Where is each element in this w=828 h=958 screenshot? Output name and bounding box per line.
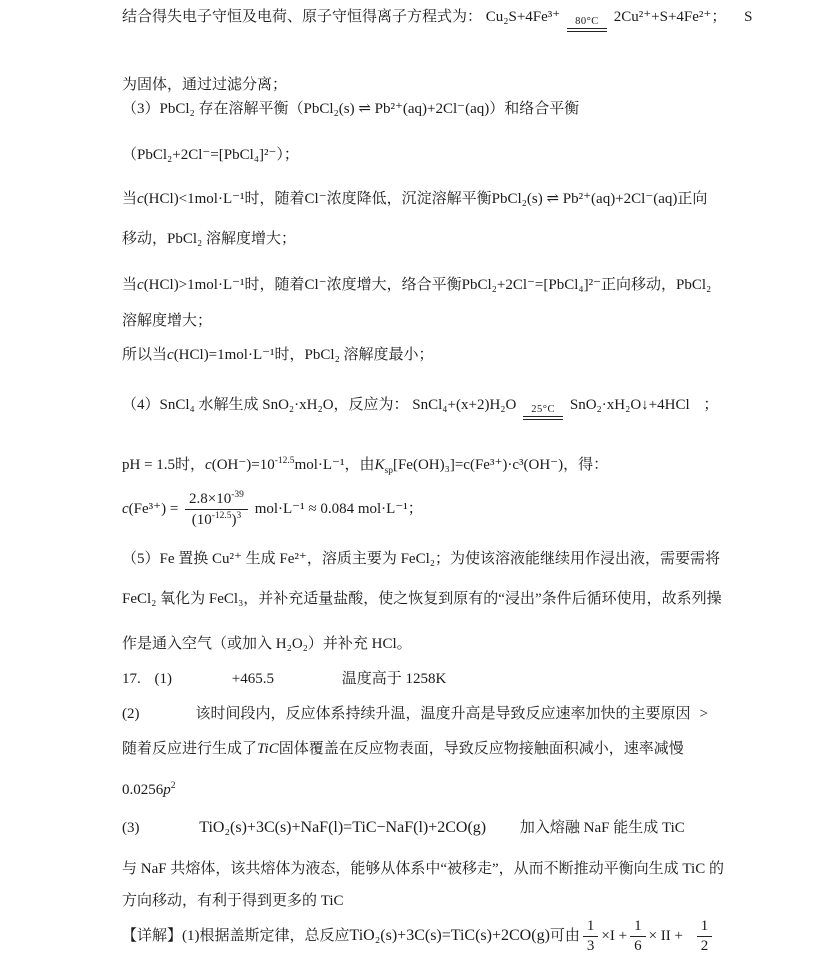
line-hcl-high-concentration: 当c(HCl)>1mol·L⁻¹时，随着Cl⁻浓度增大，络合平衡PbCl₂+2C… <box>122 276 714 296</box>
math-variable: c <box>137 277 144 293</box>
fraction-denominator: (10-12.5)3 <box>188 510 246 529</box>
condition-label: 80°C <box>575 16 599 28</box>
answer-value: 温度高于 1258K <box>342 671 447 687</box>
part-number: (3) <box>122 820 140 836</box>
text-segment: 固体覆盖在反应物表面，导致反应物接触面积减小，速率减慢 <box>279 741 684 757</box>
condition-equals: 80°C <box>567 16 607 32</box>
fraction: 2.8×10-39(10-12.5)3 <box>185 490 248 530</box>
text-segment: 溶解度增大； <box>122 313 212 329</box>
formula-segment: [Fe(OH)₃]=c(Fe³⁺)·c³(OH⁻)，得： <box>393 457 608 473</box>
double-equals-line <box>523 416 563 420</box>
line-rate-expression: 0.0256p2 <box>122 780 714 801</box>
fraction-numerator: 1 <box>630 918 646 937</box>
formula-segment: TiO₂(s)+3C(s)=TiC(s)+2CO(g) <box>350 927 550 944</box>
text-segment: （3）PbCl₂ 存在溶解平衡（PbCl₂(s) ⇌ Pb²⁺(aq)+2Cl⁻… <box>122 101 579 117</box>
math-variable: c <box>122 501 129 517</box>
double-equals-line <box>567 28 607 32</box>
math-variable: TiC <box>257 741 279 757</box>
formula-segment: mol·L⁻¹ ≈ 0.084 mol·L⁻¹； <box>251 501 423 517</box>
exponent: -12.5 <box>275 456 295 466</box>
text-segment: 为固体，通过过滤分离； <box>122 77 287 93</box>
exponent: 3 <box>237 511 242 521</box>
formula-segment: （PbCl₂+2Cl⁻=[PbCl₄]²⁻）； <box>122 147 299 163</box>
line-fecl2-oxidation: FeCl₂ 氧化为 FeCl₃，并补充适量盐酸，使之恢复到原有的“浸出”条件后循… <box>122 590 714 610</box>
text-segment: pH = 1.5时， <box>122 457 205 473</box>
condition-label: 25°C <box>531 404 555 416</box>
text-segment: 该时间段内，反应体系持续升温，温度升高是导致反应速率加快的主要原因 <box>196 705 691 725</box>
fraction-denominator: 2 <box>697 937 713 955</box>
line-q4-hydrolysis-equation: （4）SnCl₄ 水解生成 SnO₂·xH₂O，反应为： SnCl₄+(x+2)… <box>122 396 714 420</box>
formula-segment: (OH⁻)=10 <box>212 457 275 473</box>
line-tic-coverage: 随着反应进行生成了TiC固体覆盖在反应物表面，导致反应物接触面积减小，速率减慢 <box>122 740 714 760</box>
formula-segment: SnCl₄+(x+2)H₂O <box>412 397 516 413</box>
part-number: (2) <box>122 705 140 725</box>
line-q17-part2-answer: (2) 该时间段内，反应体系持续升温，温度升高是导致反应速率加快的主要原因 > <box>122 705 714 725</box>
text-segment: 方向移动，有利于得到更多的 TiC <box>122 893 344 909</box>
math-variable: K <box>374 457 384 473</box>
text-segment: S <box>744 9 752 25</box>
formula-segment: (Fe³⁺) = <box>129 501 182 517</box>
formula-segment: × II + <box>649 928 687 944</box>
line-naf-eutectic: 与 NaF 共熔体，该共熔体为液态，能够从体系中“被移走”，从而不断推动平衡向生… <box>122 860 714 880</box>
fraction-numerator: 1 <box>583 918 599 937</box>
text-segment: 所以当 <box>122 347 167 363</box>
fraction-numerator: 2.8×10-39 <box>185 490 248 510</box>
question-number: 17. <box>122 671 141 687</box>
math-variable: c <box>167 347 174 363</box>
formula-segment: 0.0256 <box>122 782 163 798</box>
math-variable: c <box>205 457 212 473</box>
formula-segment: ×I + <box>601 928 627 944</box>
text-segment: 随着反应进行生成了 <box>122 741 257 757</box>
text-segment: 可由 <box>550 928 580 944</box>
formula-segment: TiO₂(s)+3C(s)+NaF(l)=TiC−NaF(l)+2CO(g) <box>199 819 486 836</box>
exponent: -39 <box>231 490 244 500</box>
formula-segment: Cu₂S+4Fe³⁺ <box>486 9 560 25</box>
formula-segment: (10 <box>192 512 212 528</box>
text-segment: （5）Fe 置换 Cu²⁺ 生成 Fe²⁺，溶质主要为 FeCl₂；为使该溶液能… <box>122 551 720 567</box>
line-more-tic: 方向移动，有利于得到更多的 TiC <box>122 892 714 912</box>
text-segment: 当 <box>122 191 137 207</box>
line-hcl-low-concentration: 当c(HCl)<1mol·L⁻¹时，随着Cl⁻浓度降低，沉淀溶解平衡PbCl₂(… <box>122 190 714 210</box>
math-variable: p <box>163 782 171 798</box>
text-segment: (HCl)=1mol·L⁻¹时，PbCl₂ 溶解度最小； <box>174 347 434 363</box>
text-segment: 作是通入空气（或加入 H₂O₂）并补充 HCl。 <box>122 636 412 652</box>
fraction-numerator: 1 <box>697 918 713 937</box>
math-variable: c <box>137 191 144 207</box>
text-segment: 当 <box>122 277 137 293</box>
text-segment: 移动，PbCl₂ 溶解度增大； <box>122 231 296 247</box>
formula-segment: 2Cu²⁺+S+4Fe²⁺； <box>614 9 727 25</box>
exponent: -12.5 <box>212 511 232 521</box>
line-solubility-increase-2: 溶解度增大； <box>122 312 714 332</box>
text-segment: ； <box>703 397 718 413</box>
text-segment: (HCl)>1mol·L⁻¹时，随着Cl⁻浓度增大，络合平衡PbCl₂+2Cl⁻… <box>144 277 712 293</box>
text-segment: (HCl)<1mol·L⁻¹时，随着Cl⁻浓度降低，沉淀溶解平衡PbCl₂(s)… <box>144 191 708 207</box>
text-segment: 加入熔融 NaF 能生成 TiC <box>520 820 685 836</box>
line-complex-equilibrium: （PbCl₂+2Cl⁻=[PbCl₄]²⁻）； <box>122 146 714 166</box>
formula-segment: 2.8×10 <box>189 491 231 507</box>
line-fe3-concentration: c(Fe³⁺) = 2.8×10-39(10-12.5)3 mol·L⁻¹ ≈ … <box>122 490 714 530</box>
line-solubility-increase-1: 移动，PbCl₂ 溶解度增大； <box>122 230 714 250</box>
text-segment: 与 NaF 共熔体，该共熔体为液态，能够从体系中“被移走”，从而不断推动平衡向生… <box>122 861 724 877</box>
document-page: 结合得失电子守恒及电荷、原子守恒得离子方程式为： Cu₂S+4Fe³⁺ 80°C… <box>0 0 828 958</box>
text-segment: （4）SnCl₄ 水解生成 SnO₂·xH₂O，反应为： <box>122 397 409 413</box>
text-segment: 结合得失电子守恒及电荷、原子守恒得离子方程式为： <box>122 9 482 25</box>
line-solubility-minimum: 所以当c(HCl)=1mol·L⁻¹时，PbCl₂ 溶解度最小； <box>122 346 714 366</box>
condition-equals: 25°C <box>523 404 563 420</box>
line-ph-ksp: pH = 1.5时，c(OH⁻)=10-12.5mol·L⁻¹，由Ksp[Fe(… <box>122 455 714 477</box>
subscript: sp <box>385 466 393 476</box>
fraction: 13 <box>583 918 599 956</box>
fraction: 12 <box>697 918 713 956</box>
line-q17-part1-answer: 17. (1) +465.5 温度高于 1258K <box>122 670 714 690</box>
line-q17-part3-equation: (3) TiO₂(s)+3C(s)+NaF(l)=TiC−NaF(l)+2CO(… <box>122 818 714 839</box>
fraction-denominator: 6 <box>630 937 646 955</box>
text-segment: mol·L⁻¹，由 <box>295 457 375 473</box>
fraction-denominator: 3 <box>583 937 599 955</box>
exponent: 2 <box>171 781 176 791</box>
line-q3-dissolution-equilibrium: （3）PbCl₂ 存在溶解平衡（PbCl₂(s) ⇌ Pb²⁺(aq)+2Cl⁻… <box>122 100 714 120</box>
comparison-mark: > <box>700 705 708 725</box>
line-q5-fe-displacement: （5）Fe 置换 Cu²⁺ 生成 Fe²⁺，溶质主要为 FeCl₂；为使该溶液能… <box>122 550 714 570</box>
line-filter-separate: 为固体，通过过滤分离； <box>122 76 714 96</box>
text-segment: 【详解】(1)根据盖斯定律，总反应 <box>122 928 350 944</box>
line-air-h2o2-hcl: 作是通入空气（或加入 H₂O₂）并补充 HCl。 <box>122 635 714 655</box>
line-ion-equation: 结合得失电子守恒及电荷、原子守恒得离子方程式为： Cu₂S+4Fe³⁺ 80°C… <box>122 8 714 32</box>
part-number: (1) <box>155 671 173 687</box>
fraction: 16 <box>630 918 646 956</box>
text-segment: FeCl₂ 氧化为 FeCl₃，并补充适量盐酸，使之恢复到原有的“浸出”条件后循… <box>122 591 722 607</box>
answer-value: +465.5 <box>232 671 274 687</box>
formula-segment: SnO₂·xH₂O↓+4HCl <box>570 397 690 413</box>
line-detailed-explanation: 【详解】(1)根据盖斯定律，总反应TiO₂(s)+3C(s)=TiC(s)+2C… <box>122 918 714 956</box>
